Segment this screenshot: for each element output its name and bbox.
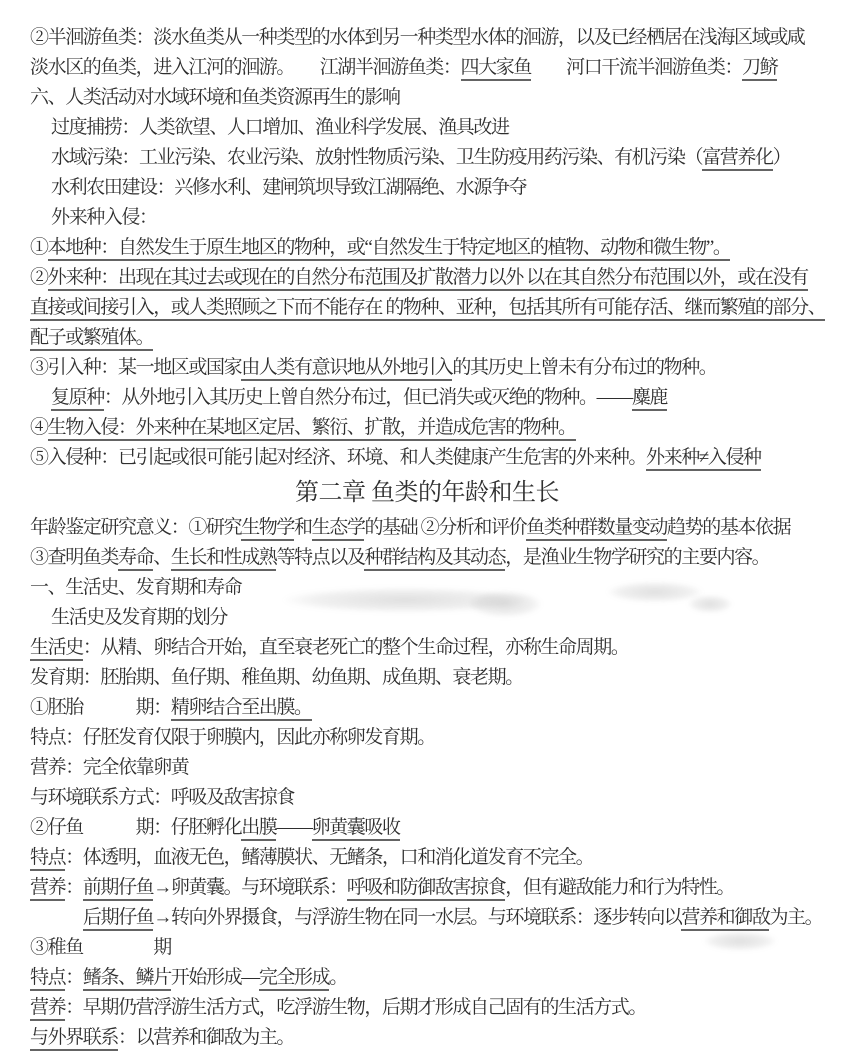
text-line: 营养：完全依靠卵黄 [30,753,824,783]
underlined-text: 富营养化 [702,147,772,171]
underlined-text: 卵黄囊吸收 [312,817,400,841]
underlined-text: 外来种：出现在其过去或现在的自然分布范围及扩散潜力以外 以在其自然分布范围以外，… [48,267,808,291]
text-line: 直接或间接引入，或人类照顾之下而不能存在 的物种、亚种，包括其所有可能存活、继而… [30,293,824,323]
text-line: ①胚胎 期：精卵结合至出膜。 [30,693,824,723]
underlined-text: 前期仔鱼 [83,877,153,901]
text-segment: 年龄鉴定研究意义：①研究 [30,517,241,538]
text-segment: →卵黄囊。与环境联系： [153,877,347,898]
text-segment: ①胚胎 期： [30,697,171,718]
underlined-text: 特点 [30,847,65,871]
text-segment: ） [773,147,791,168]
text-segment: ②半洄游鱼类：淡水鱼类从一种类型的水体到另一种类型水体的洄游，以及已经栖居在浅海… [30,27,804,48]
text-line: ②半洄游鱼类：淡水鱼类从一种类型的水体到另一种类型水体的洄游，以及已经栖居在浅海… [30,23,824,53]
text-segment: 为主。 [769,907,822,928]
underlined-text: 生物学 [241,517,294,541]
underlined-text: 营养和御敌 [681,907,769,931]
text-segment: ：从精、卵结合开始，直至衰老死亡的整个生命过程，亦称生命周期。 [83,637,629,658]
underlined-text: 由人类有意识地从外地引入 [241,357,452,381]
underlined-text: 生态学 [312,517,365,541]
text-segment: 水域污染：工业污染、农业污染、放射性物质污染、卫生防疫用药污染、有机污染（ [51,147,702,168]
text-segment: 、 [153,547,171,568]
text-segment: 淡水区的鱼类，进入江河的洄游。 江湖半洄游鱼类： [30,57,461,78]
text-segment: 一、生活史、发育期和寿命 [30,577,241,598]
text-segment: 第二章 鱼类的年龄和生长 [295,480,559,506]
text-segment: 等特点以及 [276,547,364,568]
text-line: 发育期：胚胎期、鱼仔期、稚鱼期、幼鱼期、成鱼期、衰老期。 [30,663,824,693]
text-segment: ②仔鱼 期：仔胚孵化 [30,817,241,838]
underlined-text: 后期仔鱼 [83,907,153,931]
text-segment: 发育期：胚胎期、鱼仔期、稚鱼期、幼鱼期、成鱼期、衰老期。 [30,667,523,688]
text-segment: ：早期仍营浮游生活方式，吃浮游生物，后期才形成自己固有的生活方式。 [65,997,646,1018]
underlined-text: 呼吸和防御敌害掠食 [347,877,505,901]
text-segment: 趋势的基本依据 [667,517,790,538]
text-segment: ③引入种：某一地区或国家 [30,357,241,378]
text-line: 特点：鳍条、鳞片开始形成—完全形成。 [30,963,824,993]
text-line: 与外界联系：以营养和御敌为主。 [30,1023,824,1053]
text-segment: 与环境联系方式：呼吸及敌害掠食 [30,787,294,808]
text-segment: ① [30,237,48,258]
underlined-text: 麋鹿 [632,387,667,411]
text-segment: 开始形成— [171,967,259,988]
text-segment: ④ [30,417,48,438]
text-segment: →转向外界摄食，与浮游生物在同一水层。与环境联系：逐步转向以 [153,907,681,928]
underlined-text: 鳍条、鳞片 [83,967,171,991]
text-line: 复原种：从外地引入其历史上曾自然分布过，但已消失或灭绝的物种。——麋鹿 [30,383,824,413]
document-page: ②半洄游鱼类：淡水鱼类从一种类型的水体到另一种类型水体的洄游，以及已经栖居在浅海… [0,0,852,1053]
text-segment: ： [65,967,83,988]
text-segment: 特点：仔胚发育仅限于卵膜内，因此亦称卵发育期。 [30,727,435,748]
underlined-text: 营养 [30,877,65,901]
underlined-text: 特点 [30,967,65,991]
text-line: 与环境联系方式：呼吸及敌害掠食 [30,783,824,813]
text-line: 六、人类活动对水域环境和鱼类资源再生的影响 [30,83,824,113]
underlined-text: 与外界联系 [30,1027,118,1051]
underlined-text: 出膜 [241,817,276,841]
text-segment: 和 [294,517,312,538]
text-segment: ，是渔业生物学研究的主要内容。 [505,547,769,568]
notes-text-block: ②半洄游鱼类：淡水鱼类从一种类型的水体到另一种类型水体的洄游，以及已经栖居在浅海… [0,0,852,1053]
text-line: 水域污染：工业污染、农业污染、放射性物质污染、卫生防疫用药污染、有机污染（富营养… [30,143,824,173]
text-line: 营养：前期仔鱼→卵黄囊。与环境联系：呼吸和防御敌害掠食，但有避敌能力和行为特性。 [30,873,824,903]
text-segment: ② [30,267,48,288]
text-line: 特点：体透明，血液无色，鳍薄膜状、无鳍条，口和消化道发育不完全。 [30,843,824,873]
text-segment: ③稚鱼 期 [30,937,171,958]
underlined-text: 寿命 [118,547,153,571]
text-segment: 水利农田建设：兴修水利、建闸筑坝导致江湖隔绝、水源争夺 [51,177,526,198]
text-line: 淡水区的鱼类，进入江河的洄游。 江湖半洄游鱼类：四大家鱼 河口干流半洄游鱼类：刀… [30,53,824,83]
text-segment: ③查明鱼类 [30,547,118,568]
text-line: ④生物入侵：外来种在某地区定居、繁衍、扩散，并造成危害的物种。 [30,413,824,443]
text-segment: 的基础 ②分析和评价 [364,517,526,538]
underlined-text: 直接或间接引入，或人类照顾之下而不能存在 的物种、亚种，包括其所有可能存活、继而… [30,297,825,321]
text-line: ⑤入侵种：已引起或很可能引起对经济、环境、和人类健康产生危害的外来种。外来种≠入… [30,443,824,473]
underlined-text: 外来种≠入侵种 [646,447,761,471]
text-line: ①本地种：自然发生于原生地区的物种，或“自然发生于特定地区的植物、动物和微生物”… [30,233,824,263]
text-line: 营养：早期仍营浮游生活方式，吃浮游生物，后期才形成自己固有的生活方式。 [30,993,824,1023]
underlined-text: 鱼类种群数量变动 [526,517,667,541]
text-line: ②外来种：出现在其过去或现在的自然分布范围及扩散潜力以外 以在其自然分布范围以外… [30,263,824,293]
text-segment: —— [276,817,311,838]
text-segment: 营养：完全依靠卵黄 [30,757,188,778]
text-segment: ⑤入侵种：已引起或很可能引起对经济、环境、和人类健康产生危害的外来种。 [30,447,646,468]
text-line: ③稚鱼 期 [30,933,824,963]
text-line: 生活史及发育期的划分 [30,603,824,633]
text-line: 一、生活史、发育期和寿命 [30,573,824,603]
text-segment: 外来种入侵： [51,207,157,228]
text-line: 后期仔鱼→转向外界摄食，与浮游生物在同一水层。与环境联系：逐步转向以营养和御敌为… [30,903,824,933]
text-segment: 的其历史上曾未有分布过的物种。 [452,357,716,378]
text-segment: ，但有避敌能力和行为特性。 [505,877,734,898]
text-segment: ：体透明，血液无色，鳍薄膜状、无鳍条，口和消化道发育不完全。 [65,847,593,868]
chapter-heading: 第二章 鱼类的年龄和生长 [30,473,824,513]
text-segment: 。 [329,967,347,988]
text-segment: ：从外地引入其历史上曾自然分布过，但已消失或灭绝的物种。—— [104,387,632,408]
text-line: 水利农田建设：兴修水利、建闸筑坝导致江湖隔绝、水源争夺 [30,173,824,203]
text-line: 年龄鉴定研究意义：①研究生物学和生态学的基础 ②分析和评价鱼类种群数量变动趋势的… [30,513,824,543]
text-segment: 河口干流半洄游鱼类： [531,57,742,78]
text-segment: 过度捕捞：人类欲望、人口增加、渔业科学发展、渔具改进 [51,117,509,138]
underlined-text: 生活史 [30,637,83,661]
underlined-text: 复原种 [51,387,104,411]
text-line: 生活史：从精、卵结合开始，直至衰老死亡的整个生命过程，亦称生命周期。 [30,633,824,663]
text-segment: 生活史及发育期的划分 [51,607,227,628]
text-line: 过度捕捞：人类欲望、人口增加、渔业科学发展、渔具改进 [30,113,824,143]
underlined-text: 生长和性成熟 [171,547,277,571]
underlined-text: 营养 [30,997,65,1021]
underlined-text: 生物入侵：外来种在某地区定居、繁衍、扩散，并造成危害的物种。 [48,417,576,441]
text-segment: 六、人类活动对水域环境和鱼类资源再生的影响 [30,87,400,108]
text-segment: ：以营养和御敌为主。 [118,1027,294,1048]
underlined-text: 精卵结合至出膜。 [171,697,312,721]
text-line: 外来种入侵： [30,203,824,233]
text-line: ③引入种：某一地区或国家由人类有意识地从外地引入的其历史上曾未有分布过的物种。 [30,353,824,383]
underlined-text: 完全形成 [259,967,329,991]
underlined-text: 配子或繁殖体。 [30,327,153,351]
underlined-text: 本地种：自然发生于原生地区的物种，或“自然发生于特定地区的植物、动物和微生物”。 [48,237,731,261]
text-line: ②仔鱼 期：仔胚孵化出膜——卵黄囊吸收 [30,813,824,843]
text-line: 特点：仔胚发育仅限于卵膜内，因此亦称卵发育期。 [30,723,824,753]
underlined-text: 四大家鱼 [461,57,531,81]
text-line: ③查明鱼类寿命、生长和性成熟等特点以及种群结构及其动态，是渔业生物学研究的主要内… [30,543,824,573]
text-segment: ： [65,877,83,898]
underlined-text: 种群结构及其动态 [364,547,505,571]
text-line: 配子或繁殖体。 [30,323,824,353]
underlined-text: 刀鲚 [742,57,777,81]
